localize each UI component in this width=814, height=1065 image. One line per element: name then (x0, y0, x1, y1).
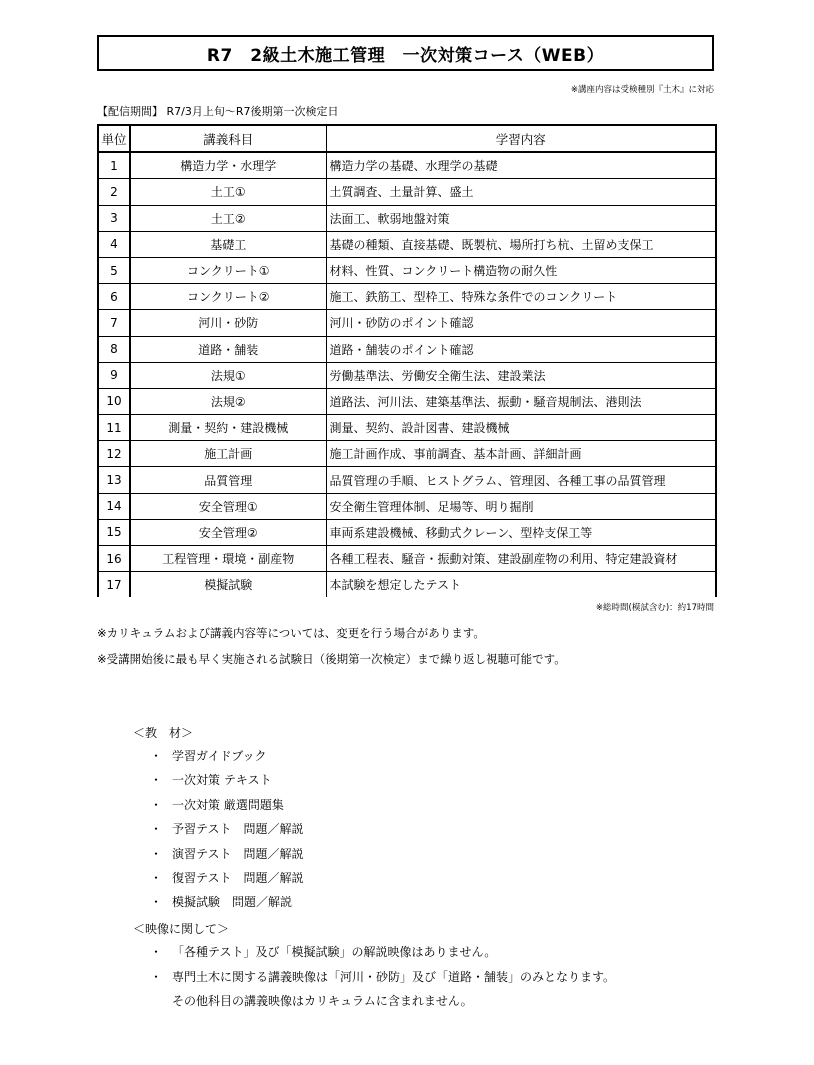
table-row: 10法規②道路法、河川法、建築基準法、振動・騒音規制法、港則法 (98, 388, 716, 414)
video-note-text: 専門土木に関する講義映像は「河川・砂防」及び「道路・舗装」のみとなります。 (172, 970, 615, 984)
content-cell: 安全衛生管理体制、足場等、明り掘削 (326, 493, 716, 519)
table-row: 1構造力学・水理学構造力学の基礎、水理学の基礎 (98, 152, 716, 179)
video-note-text: 「各種テスト」及び「模擬試験」の解説映像はありません。 (172, 945, 496, 959)
table-row: 6コンクリート②施工、鉄筋工、型枠工、特殊な条件でのコンクリート (98, 284, 716, 310)
page-title: R7 2級土木施工管理 一次対策コース（WEB） (97, 35, 714, 71)
content-cell: 本試験を想定したテスト (326, 572, 716, 598)
bullet-icon: ・ (150, 870, 172, 886)
material-item: ・復習テスト 問題／解説 (150, 870, 304, 894)
subject-cell: 道路・舗装 (130, 336, 326, 362)
subject-cell: 土工② (130, 205, 326, 231)
content-cell: 河川・砂防のポイント確認 (326, 310, 716, 336)
material-item: ・模擬試験 問題／解説 (150, 894, 304, 918)
subject-cell: 測量・契約・建設機械 (130, 415, 326, 441)
material-item: ・一次対策 厳選問題集 (150, 797, 304, 821)
video-heading: ＜映像に関して＞ (133, 920, 229, 937)
material-label: 模擬試験 問題／解説 (172, 895, 292, 909)
unit-cell: 3 (98, 205, 130, 231)
curriculum-table: 単位 講義科目 学習内容 1構造力学・水理学構造力学の基礎、水理学の基礎2土工①… (97, 124, 717, 597)
table-row: 3土工②法面工、軟弱地盤対策 (98, 205, 716, 231)
table-row: 7河川・砂防河川・砂防のポイント確認 (98, 310, 716, 336)
bullet-icon: ・ (150, 797, 172, 813)
material-label: 一次対策 厳選問題集 (172, 798, 284, 812)
unit-cell: 6 (98, 284, 130, 310)
table-row: 2土工①土質調査、土量計算、盛土 (98, 179, 716, 205)
table-row: 12施工計画施工計画作成、事前調査、基本計画、詳細計画 (98, 441, 716, 467)
video-note-item: ・専門土木に関する講義映像は「河川・砂防」及び「道路・舗装」のみとなります。 (150, 969, 615, 994)
unit-cell: 5 (98, 257, 130, 283)
unit-cell: 14 (98, 493, 130, 519)
subject-cell: 施工計画 (130, 441, 326, 467)
subject-cell: 構造力学・水理学 (130, 152, 326, 179)
unit-cell: 7 (98, 310, 130, 336)
scope-note: ※講座内容は受検種別『土木』に対応 (571, 83, 714, 95)
table-row: 4基礎工基礎の種類、直接基礎、既製杭、場所打ち杭、土留め支保工 (98, 231, 716, 257)
content-cell: 品質管理の手順、ヒストグラム、管理図、各種工事の品質管理 (326, 467, 716, 493)
bullet-icon: ・ (150, 846, 172, 862)
unit-cell: 11 (98, 415, 130, 441)
unit-cell: 13 (98, 467, 130, 493)
subject-cell: 法規① (130, 362, 326, 388)
subject-cell: 安全管理② (130, 519, 326, 545)
subject-cell: 河川・砂防 (130, 310, 326, 336)
content-cell: 材料、性質、コンクリート構造物の耐久性 (326, 257, 716, 283)
subject-cell: 土工① (130, 179, 326, 205)
material-label: 予習テスト 問題／解説 (172, 822, 304, 836)
subject-cell: コンクリート② (130, 284, 326, 310)
unit-cell: 10 (98, 388, 130, 414)
bullet-icon: ・ (150, 821, 172, 837)
table-row: 11測量・契約・建設機械測量、契約、設計図書、建設機械 (98, 415, 716, 441)
material-item: ・予習テスト 問題／解説 (150, 821, 304, 845)
content-cell: 基礎の種類、直接基礎、既製杭、場所打ち杭、土留め支保工 (326, 231, 716, 257)
material-item: ・演習テスト 問題／解説 (150, 846, 304, 870)
bullet-icon: ・ (150, 944, 172, 960)
bullet-icon: ・ (150, 772, 172, 788)
content-cell: 構造力学の基礎、水理学の基礎 (326, 152, 716, 179)
content-cell: 施工、鉄筋工、型枠工、特殊な条件でのコンクリート (326, 284, 716, 310)
unit-cell: 15 (98, 519, 130, 545)
unit-cell: 2 (98, 179, 130, 205)
table-header-row: 単位 講義科目 学習内容 (98, 125, 716, 152)
table-row: 8道路・舗装道路・舗装のポイント確認 (98, 336, 716, 362)
delivery-period: 【配信期間】 R7/3月上旬～R7後期第一次検定日 (97, 103, 338, 119)
table-row: 16工程管理・環境・副産物各種工程表、騒音・振動対策、建設副産物の利用、特定建設… (98, 546, 716, 572)
column-header-unit: 単位 (98, 125, 130, 152)
materials-heading: ＜教 材＞ (133, 724, 193, 741)
bullet-icon: ・ (150, 748, 172, 764)
content-cell: 車両系建設機械、移動式クレーン、型枠支保工等 (326, 519, 716, 545)
material-item: ・学習ガイドブック (150, 748, 304, 772)
content-cell: 測量、契約、設計図書、建設機械 (326, 415, 716, 441)
curriculum-change-notice: ※カリキュラムおよび講義内容等については、変更を行う場合があります。 (97, 625, 485, 641)
subject-cell: 安全管理① (130, 493, 326, 519)
table-row: 17模擬試験本試験を想定したテスト (98, 572, 716, 598)
video-note-item: ・「各種テスト」及び「模擬試験」の解説映像はありません。 (150, 944, 615, 969)
bullet-icon: ・ (150, 969, 172, 985)
table-row: 14安全管理①安全衛生管理体制、足場等、明り掘削 (98, 493, 716, 519)
subject-cell: 工程管理・環境・副産物 (130, 546, 326, 572)
material-label: 一次対策 テキスト (172, 773, 272, 787)
unit-cell: 9 (98, 362, 130, 388)
content-cell: 労働基準法、労働安全衛生法、建設業法 (326, 362, 716, 388)
unit-cell: 4 (98, 231, 130, 257)
content-cell: 土質調査、土量計算、盛土 (326, 179, 716, 205)
unit-cell: 16 (98, 546, 130, 572)
material-item: ・一次対策 テキスト (150, 772, 304, 796)
subject-cell: 基礎工 (130, 231, 326, 257)
material-label: 復習テスト 問題／解説 (172, 871, 304, 885)
viewing-period-notice: ※受講開始後に最も早く実施される試験日（後期第一次検定）まで繰り返し視聴可能です… (97, 651, 566, 667)
bullet-icon: ・ (150, 894, 172, 910)
unit-cell: 8 (98, 336, 130, 362)
unit-cell: 12 (98, 441, 130, 467)
video-note-continuation: その他科目の講義映像はカリキュラムに含まれません。 (150, 993, 615, 1018)
table-row: 15安全管理②車両系建設機械、移動式クレーン、型枠支保工等 (98, 519, 716, 545)
subject-cell: 品質管理 (130, 467, 326, 493)
unit-cell: 1 (98, 152, 130, 179)
column-header-content: 学習内容 (326, 125, 716, 152)
video-notes-list: ・「各種テスト」及び「模擬試験」の解説映像はありません。・専門土木に関する講義映… (150, 944, 615, 1018)
column-header-subject: 講義科目 (130, 125, 326, 152)
subject-cell: 模擬試験 (130, 572, 326, 598)
content-cell: 道路法、河川法、建築基準法、振動・騒音規制法、港則法 (326, 388, 716, 414)
total-time-note: ※総時間(模試含む)：約17時間 (596, 601, 714, 613)
material-label: 演習テスト 問題／解説 (172, 847, 304, 861)
table-row: 9法規①労働基準法、労働安全衛生法、建設業法 (98, 362, 716, 388)
unit-cell: 17 (98, 572, 130, 598)
table-row: 13品質管理品質管理の手順、ヒストグラム、管理図、各種工事の品質管理 (98, 467, 716, 493)
content-cell: 道路・舗装のポイント確認 (326, 336, 716, 362)
materials-list: ・学習ガイドブック・一次対策 テキスト・一次対策 厳選問題集・予習テスト 問題／… (150, 748, 304, 919)
content-cell: 施工計画作成、事前調査、基本計画、詳細計画 (326, 441, 716, 467)
subject-cell: 法規② (130, 388, 326, 414)
material-label: 学習ガイドブック (172, 749, 266, 763)
content-cell: 法面工、軟弱地盤対策 (326, 205, 716, 231)
subject-cell: コンクリート① (130, 257, 326, 283)
table-row: 5コンクリート①材料、性質、コンクリート構造物の耐久性 (98, 257, 716, 283)
content-cell: 各種工程表、騒音・振動対策、建設副産物の利用、特定建設資材 (326, 546, 716, 572)
